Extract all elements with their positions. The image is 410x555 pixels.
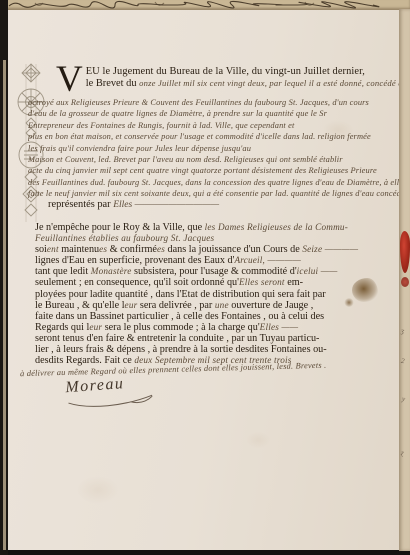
printed-text: sera delivrée , par: [140, 300, 215, 311]
paragraph-line: Regards qui leur sera le plus commode ; …: [35, 322, 399, 333]
document-photo: V EU le Jugement du Bureau de la Ville, …: [0, 0, 410, 555]
handwritten-insertion: Seize ————: [302, 244, 358, 254]
handwritten-insertion: icelui ——: [297, 266, 338, 276]
handwritten-insertion: les Dames Religieuses de la Commu-: [205, 222, 348, 232]
handwritten-line: les frais qu'il conviendra faire pour Ju…: [28, 143, 402, 154]
edge-writing-fragment: 2: [400, 357, 405, 365]
handwritten-insertion: eur: [125, 300, 140, 310]
paragraph-line: lignes d'Eau en superficie, provenant de…: [35, 255, 399, 266]
paragraph-line: le Bureau , & qu'elle leur sera delivrée…: [35, 300, 399, 311]
edge-writing-fragment: y: [401, 395, 405, 403]
printed-text: tant que ledit: [35, 266, 91, 277]
wax-seal-drip-icon: [401, 277, 409, 287]
signature: Moreau: [65, 373, 159, 416]
printed-text: le Bureau , & qu'elle l: [35, 300, 125, 311]
handwritten-insertion: Monastère: [91, 266, 134, 276]
printed-text: subsistera, pour l'usage & commodité d': [134, 266, 297, 277]
printed-text: seront tenus d'en faire & entretenir la …: [35, 333, 319, 344]
paragraph-line: seulement ; en consequence, qu'il soit o…: [35, 277, 399, 288]
printed-text: ployées pour ladite quantité , dans l'Et…: [35, 289, 326, 300]
printed-text: desdits Regards. Fait ce: [35, 355, 134, 366]
printed-text: lier , à leurs frais & dépens , à prendr…: [35, 344, 327, 355]
paragraph-line: faite dans un Bassinet particulier , à c…: [35, 311, 399, 322]
paragraph-line: lier , à leurs frais & dépens , à prendr…: [35, 344, 399, 355]
printed-text: faite dans un Bassinet particulier , à c…: [35, 311, 324, 322]
handwritten-insertion: Elles ——: [260, 322, 299, 332]
printed-text: sera le plus commode ; à la charge qu': [105, 322, 260, 333]
heading-line-1: EU le Jugement du Bureau de la Ville, du…: [56, 66, 400, 77]
printed-text: maintenu: [61, 244, 99, 255]
document-page: V EU le Jugement du Bureau de la Ville, …: [8, 10, 399, 550]
handwriting-fragment-icon: [5, 0, 410, 10]
handwritten-insertion: Arcueil, ————: [234, 255, 301, 265]
document-heading: V EU le Jugement du Bureau de la Ville, …: [56, 66, 400, 93]
represented-by-handwritten: Elles ——————————: [113, 200, 219, 210]
handwritten-line: octroyé aux Religieuses Prieure & Couven…: [28, 97, 402, 108]
handwritten-insertion: Elles seront: [239, 277, 287, 287]
handwritten-insertion: ent: [47, 244, 61, 254]
handwritten-line: plus en bon état maison, et conservée po…: [28, 131, 402, 142]
printed-text: Je n'empêche pour le Roy & la Ville, que: [35, 222, 205, 233]
main-paragraph: Je n'empêche pour le Roy & la Ville, que…: [35, 222, 399, 366]
printed-text: em-: [287, 277, 303, 288]
printed-text: seulement ; en consequence, qu'il soit o…: [35, 277, 239, 288]
previous-page-strip: [5, 0, 410, 10]
paragraph-line: Je n'empêche pour le Roy & la Ville, que…: [35, 222, 399, 233]
paragraph-line: Feuillantines établies au faubourg St. J…: [35, 233, 399, 244]
represented-by-printed: représentés par: [48, 199, 113, 210]
handwritten-insertion: es: [157, 244, 168, 254]
printed-text: soi: [35, 244, 47, 255]
printed-text: lignes d'Eau en superficie, provenant de…: [35, 255, 234, 266]
heading-line-2-handwritten-date: onze Juillet mil six cent vingt deux, pa…: [139, 78, 405, 88]
dropcap-initial: V: [56, 66, 86, 93]
handwritten-line: faite le neuf janvier mil six cent soixa…: [28, 188, 402, 199]
edge-writing-fragment: ʒ: [400, 327, 404, 335]
heading-line-2-printed: le Brevet du: [86, 78, 139, 89]
handwritten-line: Entrepreneur des Fontaines de Rungis, fo…: [28, 120, 402, 131]
printed-text: dans la jouissance d'un Cours de: [168, 244, 303, 255]
handwritten-recital-block: octroyé aux Religieuses Prieure & Couven…: [28, 97, 402, 200]
printed-text: ouverture de Jauge ,: [231, 300, 313, 311]
printed-text: & confirmé: [110, 244, 157, 255]
underlying-page-edge-left: [3, 60, 6, 550]
handwritten-line: d'eau de la grosseur de quatre lignes de…: [28, 108, 402, 119]
represented-by-line: représentés par Elles ——————————: [48, 199, 219, 210]
printed-text: Regards qui l: [35, 322, 89, 333]
handwritten-line: des Feuillantines dud. faubourg St. Jacq…: [28, 177, 402, 188]
handwritten-line: acte du cinq janvier mil sept cent quatr…: [28, 165, 402, 176]
paragraph-line: ployées pour ladite quantité , dans l'Et…: [35, 289, 399, 300]
paragraph-line: soient maintenues & confirmées dans la j…: [35, 244, 399, 255]
handwritten-insertion: es: [99, 244, 110, 254]
handwritten-line: Maison et Couvent, led. Brevet par l'ave…: [28, 154, 402, 165]
paragraph-line: tant que ledit Monastère subsistera, pou…: [35, 266, 399, 277]
handwritten-insertion: Feuillantines établies au faubourg St. J…: [35, 233, 214, 243]
heading-line-2: le Brevet du onze Juillet mil six cent v…: [56, 78, 400, 89]
handwritten-insertion: eur: [89, 322, 104, 332]
handwritten-insertion: une: [215, 300, 231, 310]
paragraph-line: seront tenus d'en faire & entretenir la …: [35, 333, 399, 344]
edge-writing-fragment: ɀ: [400, 449, 404, 457]
